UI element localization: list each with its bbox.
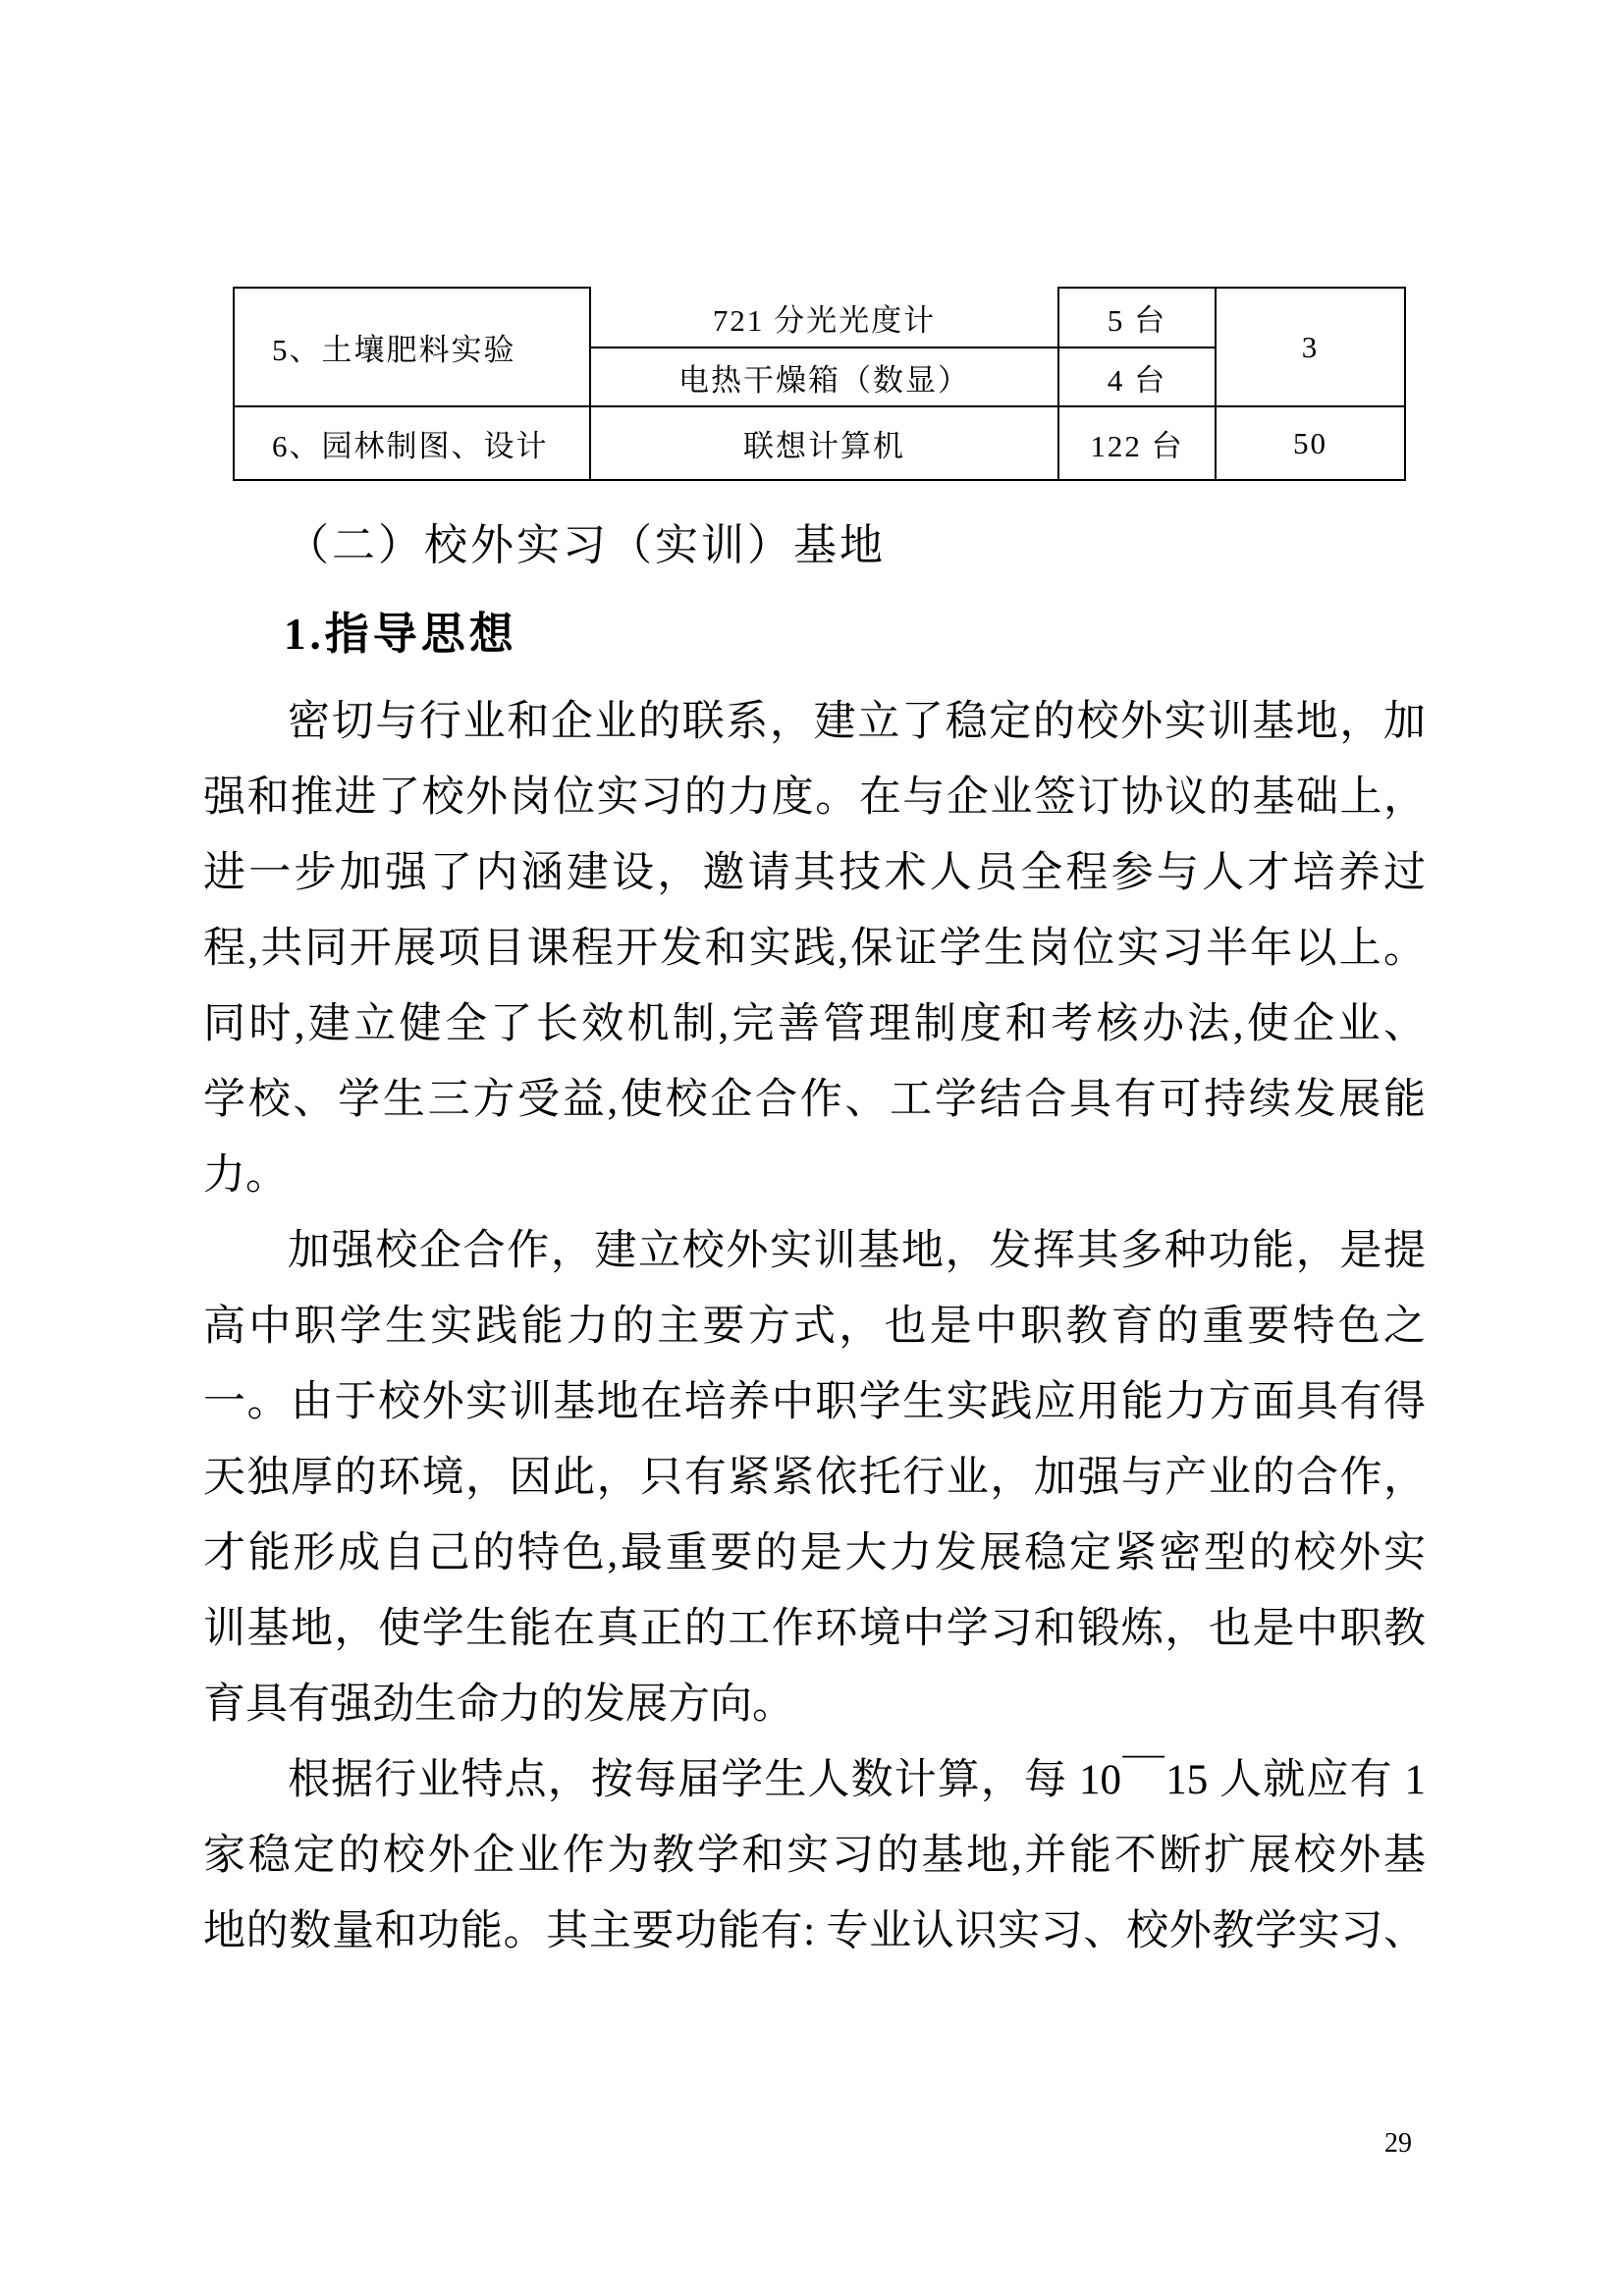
table-row: 5、土壤肥料实验 721 分光光度计 5 台 3 — [234, 288, 1405, 347]
section-heading: （二）校外实习（实训）基地 — [286, 517, 886, 574]
body-line: 才能形成自己的特色,最重要的是大力发展稳定紧密型的校外实 — [203, 1516, 1426, 1591]
body-line: 学校、学生三方受益,使校企合作、工学结合具有可持续发展能 — [203, 1062, 1426, 1138]
body-line: 育具有强劲生命力的发展方向。 — [203, 1667, 1426, 1742]
equipment-table: 5、土壤肥料实验 721 分光光度计 5 台 3 电热干燥箱（数显） 4 台 6… — [233, 287, 1406, 481]
body-line: 地的数量和功能。其主要功能有: 专业认识实习、校外教学实习、 — [203, 1894, 1426, 1969]
table-cell-lab-name: 5、土壤肥料实验 — [234, 288, 590, 406]
table-cell-equipment: 电热干燥箱（数显） — [590, 347, 1058, 406]
body-line: 训基地，使学生能在真正的工作环境中学习和锻炼，也是中职教 — [203, 1591, 1426, 1667]
body-line: 高中职学生实践能力的主要方式，也是中职教育的重要特色之 — [203, 1289, 1426, 1364]
table-cell-quantity: 5 台 — [1058, 288, 1216, 347]
table-cell-lab-name: 6、园林制图、设计 — [234, 406, 590, 480]
table-cell-stations: 3 — [1216, 288, 1405, 406]
table-cell-equipment: 721 分光光度计 — [590, 288, 1058, 347]
table-cell-quantity: 122 台 — [1058, 406, 1216, 480]
body-line: 家稳定的校外企业作为教学和实习的基地,并能不断扩展校外基 — [203, 1818, 1426, 1894]
table-cell-stations: 50 — [1216, 406, 1405, 480]
body-line: 根据行业特点，按每届学生人数计算，每 10￣15 人就应有 1 — [203, 1742, 1426, 1818]
body-line: 加强校企合作，建立校外实训基地，发挥其多种功能，是提 — [203, 1213, 1426, 1289]
table-cell-quantity: 4 台 — [1058, 347, 1216, 406]
body-line: 同时,建立健全了长效机制,完善管理制度和考核办法,使企业、 — [203, 987, 1426, 1062]
body-line: 进一步加强了内涵建设，邀请其技术人员全程参与人才培养过 — [203, 835, 1426, 911]
body-line: 强和推进了校外岗位实习的力度。在与企业签订协议的基础上， — [203, 760, 1426, 835]
page-number: 29 — [1384, 2128, 1412, 2160]
body-line: 力。 — [203, 1138, 1426, 1213]
subsection-heading: 1.指导思想 — [284, 606, 517, 663]
body-line: 密切与行业和企业的联系，建立了稳定的校外实训基地，加 — [203, 684, 1426, 760]
body-line: 程,共同开展项目课程开发和实践,保证学生岗位实习半年以上。 — [203, 911, 1426, 987]
document-page: 5、土壤肥料实验 721 分光光度计 5 台 3 电热干燥箱（数显） 4 台 6… — [0, 0, 1624, 2296]
body-line: 一。由于校外实训基地在培养中职学生实践应用能力方面具有得 — [203, 1364, 1426, 1440]
body-line: 天独厚的环境，因此，只有紧紧依托行业，加强与产业的合作， — [203, 1440, 1426, 1516]
body-text: 密切与行业和企业的联系，建立了稳定的校外实训基地，加强和推进了校外岗位实习的力度… — [203, 684, 1426, 1969]
table-cell-equipment: 联想计算机 — [590, 406, 1058, 480]
table-row: 6、园林制图、设计 联想计算机 122 台 50 — [234, 406, 1405, 480]
